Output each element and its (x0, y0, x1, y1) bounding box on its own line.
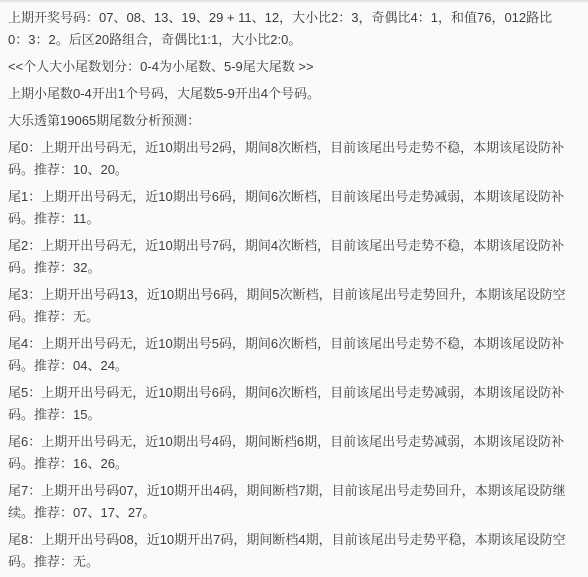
tail-5-analysis: 尾5：上期开出号码无，近10期出号6码，期间6次断档，目前该尾出号走势减弱，本期… (8, 382, 570, 426)
tail-0-analysis: 尾0：上期开出号码无，近10期出号2码，期间8次断档，目前该尾出号走势不稳，本期… (8, 137, 570, 181)
tail-size-definition: <<个人大小尾数划分：0-4为小尾数、5-9尾大尾数 >> (8, 56, 570, 78)
tail-7-analysis: 尾7：上期开出号码07，近10期开出4码，期间断档7期，目前该尾出号走势回升，本… (8, 480, 570, 524)
tail-6-analysis: 尾6：上期开出号码无，近10期出号4码，期间断档6期，目前该尾出号走势减弱，本期… (8, 431, 570, 475)
tail-1-analysis: 尾1：上期开出号码无，近10期出号6码，期间6次断档，目前该尾出号走势减弱，本期… (8, 186, 570, 230)
tail-8-analysis: 尾8：上期开出号码08，近10期开出7码，期间断档4期，目前该尾出号走势平稳，本… (8, 529, 570, 573)
tail-4-analysis: 尾4：上期开出号码无，近10期出号5码，期间6次断档，目前该尾出号走势不稳，本期… (8, 333, 570, 377)
tail-2-analysis: 尾2：上期开出号码无，近10期出号7码，期间4次断档，目前该尾出号走势不稳，本期… (8, 235, 570, 279)
tail-3-analysis: 尾3：上期开出号码13，近10期出号6码，期间5次断档，目前该尾出号走势回升，本… (8, 284, 570, 328)
analysis-heading: 大乐透第19065期尾数分析预测： (8, 110, 570, 132)
last-draw-summary: 上期开奖号码：07、08、13、19、29 + 11、12，大小比2：3，奇偶比… (8, 7, 570, 51)
last-draw-tail-stats: 上期小尾数0-4开出1个号码，大尾数5-9开出4个号码。 (8, 83, 570, 105)
tail-analysis-article: 上期开奖号码：07、08、13、19、29 + 11、12，大小比2：3，奇偶比… (0, 3, 588, 573)
